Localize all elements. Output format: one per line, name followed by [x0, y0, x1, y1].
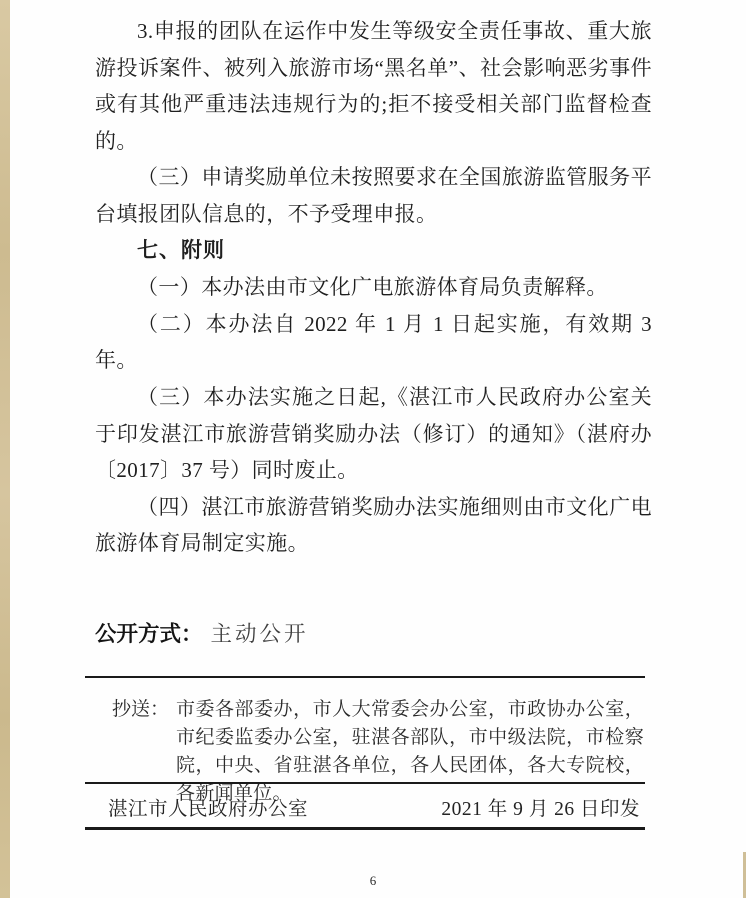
separator-line-middle	[85, 782, 645, 784]
cc-list: 市委各部委办，市人大常委会办公室，市政协办公室，市纪委监委办公室，驻湛各部队，市…	[176, 696, 644, 808]
section-heading: 七、附则	[95, 233, 652, 270]
document-body: 3.申报的团队在运作中发生等级安全责任事故、重大旅游投诉案件、被列入旅游市场“黑…	[95, 13, 652, 562]
issuing-office: 湛江市人民政府办公室	[108, 797, 308, 823]
footer-row: 湛江市人民政府办公室 2021 年 9 月 26 日印发	[108, 797, 640, 823]
body-paragraph: （四）湛江市旅游营销奖励办法实施细则由市文化广电旅游体育局制定实施。	[95, 489, 652, 562]
page-number: 6	[0, 873, 746, 889]
disclosure-label: 公开方式：	[95, 622, 203, 646]
scan-edge-left	[0, 0, 10, 898]
body-paragraph: 3.申报的团队在运作中发生等级安全责任事故、重大旅游投诉案件、被列入旅游市场“黑…	[95, 13, 652, 159]
body-paragraph: （三）本办法实施之日起,《湛江市人民政府办公室关于印发湛江市旅游营销奖励办法（修…	[95, 379, 652, 489]
body-paragraph: （三）申请奖励单位未按照要求在全国旅游监管服务平台填报团队信息的，不予受理申报。	[95, 159, 652, 232]
disclosure-value: 主动公开	[211, 622, 309, 646]
disclosure-line: 公开方式：主动公开	[95, 620, 309, 648]
body-paragraph: （一）本办法由市文化广电旅游体育局负责解释。	[95, 269, 652, 306]
body-paragraph: （二）本办法自 2022 年 1 月 1 日起实施，有效期 3 年。	[95, 306, 652, 379]
print-date: 2021 年 9 月 26 日印发	[441, 797, 640, 823]
document-page: 3.申报的团队在运作中发生等级安全责任事故、重大旅游投诉案件、被列入旅游市场“黑…	[0, 0, 746, 898]
separator-line-bottom	[85, 827, 645, 830]
cc-label: 抄送：	[112, 696, 169, 808]
cc-block: 抄送： 市委各部委办，市人大常委会办公室，市政协办公室，市纪委监委办公室，驻湛各…	[112, 696, 644, 808]
separator-line-top	[85, 676, 645, 678]
